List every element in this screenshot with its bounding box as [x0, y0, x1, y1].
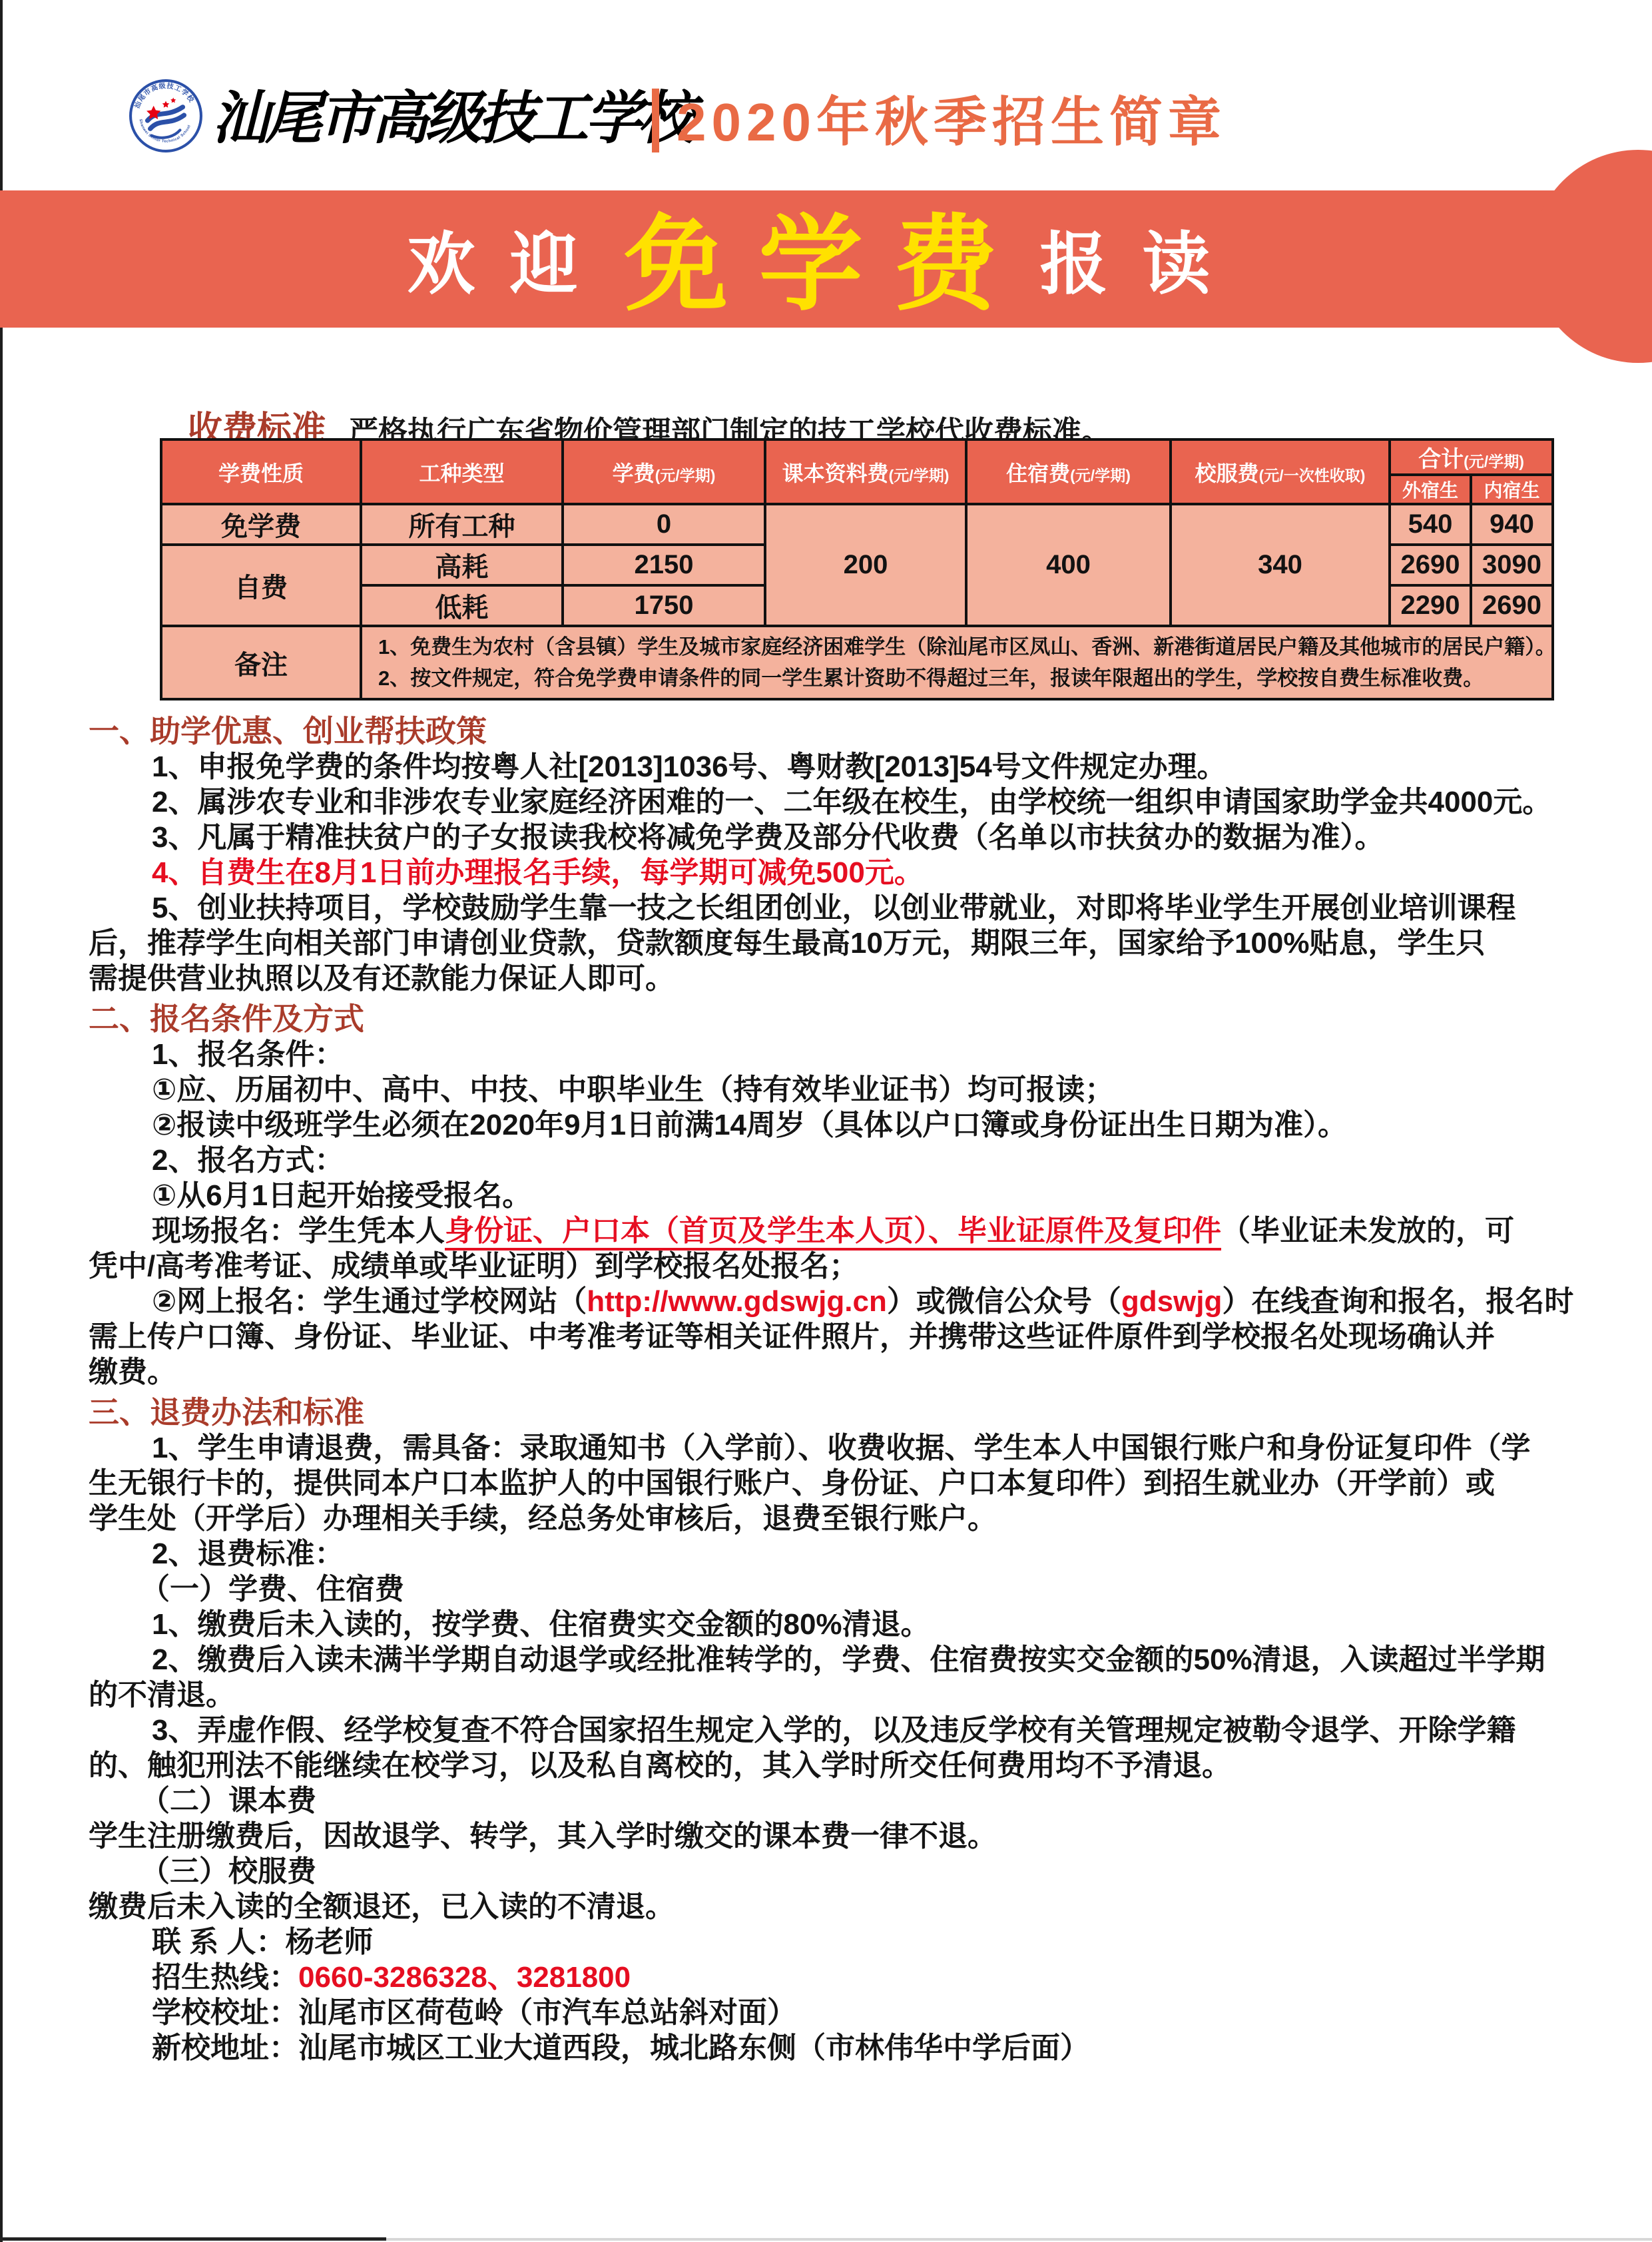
cell-textbook-fee: 200: [765, 504, 966, 626]
text-line: 生无银行卡的，提供同本户口本监护人的中国银行账户、身份证、户口本复印件）到招生就…: [89, 1466, 1620, 1501]
sections: 一、助学优惠、创业帮扶政策1、申报免学费的条件均按粤人社[2013]1036号、…: [89, 693, 1620, 2066]
text-line: 1、缴费后未入读的，按学费、住宿费实交金额的80%清退。: [89, 1607, 1620, 1642]
text-line: 2、报名方式：: [89, 1143, 1620, 1178]
text-segment: 学生处（开学后）办理相关手续，经总务处审核后，退费至银行账户。: [89, 1502, 997, 1535]
text-line: 1、申报免学费的条件均按粤人社[2013]1036号、粤财教[2013]54号文…: [89, 749, 1620, 784]
highlighted-text: gdswjg: [1121, 1285, 1223, 1318]
col-header-total: 合计(元/学期): [1390, 439, 1553, 475]
text-line: 3、凡属于精准扶贫户的子女报读我校将减免学费及部分代收费（名单以市扶贫办的数据为…: [89, 820, 1620, 855]
text-line: 凭中/高考准考证、成绩单或毕业证明）到学校报名处报名；: [89, 1249, 1620, 1284]
banner-welcome-text: 欢迎: [408, 210, 613, 308]
col-header-fee-type: 学费性质: [161, 439, 361, 504]
text-line: 的、触犯刑法不能继续在校学习，以及私自离校的，其入学时所交任何费用均不予清退。: [89, 1748, 1620, 1783]
cell-fee-type: 自费: [161, 545, 361, 626]
text-line: 学校校址：汕尾市区荷苞岭（市汽车总站斜对面）: [89, 1995, 1620, 2030]
page-left-edge: [0, 0, 3, 2242]
text-segment: 2、退费标准：: [152, 1538, 344, 1570]
text-segment: ）或微信公众号（: [887, 1285, 1121, 1318]
text-segment: 缴费。: [89, 1356, 176, 1388]
text-line: 联 系 人：杨老师: [89, 1924, 1620, 1960]
text-segment: 1、缴费后未入读的，按学费、住宿费实交金额的80%清退。: [152, 1608, 930, 1641]
cell-total-in: 3090: [1471, 545, 1553, 585]
cell-total-out: 540: [1390, 504, 1471, 545]
text-segment: （二）课本费: [140, 1785, 316, 1817]
cell-trade: 所有工种: [361, 504, 563, 545]
text-segment: 2、报名方式：: [152, 1144, 344, 1177]
school-logo-icon: 汕尾市高级技工学校 Shanwei Senior Technical Schoo…: [129, 79, 203, 153]
text-line: 学生注册缴费后，因故退学、转学，其入学时缴交的课本费一律不退。: [89, 1819, 1620, 1854]
note-line-2: 2、按文件规定，符合免学费申请条件的同一学生累计资助不得超过三年，报读年限超出的…: [378, 663, 1545, 694]
section-heading: 二、报名条件及方式: [89, 1001, 1620, 1037]
cell-notes-content: 1、免费生为农村（含县镇）学生及城市家庭经济困难学生（除汕尾市区凤山、香洲、新港…: [361, 626, 1553, 699]
text-segment: ）在线查询和报名，报名时: [1222, 1285, 1573, 1318]
text-segment: 3、弄虚作假、经学校复查不符合国家招生规定入学的，以及违反学校有关管理规定被勒令…: [152, 1714, 1515, 1747]
text-line: 2、属涉农专业和非涉农专业家庭经济困难的一、二年级在校生，由学校统一组织申请国家…: [89, 784, 1620, 820]
cell-dorm-fee: 400: [966, 504, 1171, 626]
cell-total-out: 2690: [1390, 545, 1471, 585]
text-segment: 需上传户口簿、身份证、毕业证、中考准考证等相关证件照片，并携带这些证件原件到学校…: [89, 1320, 1495, 1353]
school-name: 汕尾市高级技工学校: [212, 81, 658, 156]
text-line: 新校地址：汕尾市城区工业大道西段，城北路东侧（市林伟华中学后面）: [89, 2030, 1620, 2066]
cell-total-in: 940: [1471, 504, 1553, 545]
section-heading: 三、退费办法和标准: [89, 1395, 1620, 1430]
text-line: ②网上报名：学生通过学校网站（http://www.gdswjg.cn）或微信公…: [89, 1284, 1620, 1319]
text-segment: 1、申报免学费的条件均按粤人社[2013]1036号、粤财教[2013]54号文…: [152, 750, 1227, 783]
cell-total-out: 2290: [1390, 585, 1471, 626]
col-header-trade-type: 工种类型: [361, 439, 563, 504]
text-segment: 新校地址：汕尾市城区工业大道西段，城北路东侧（市林伟华中学后面）: [152, 2032, 1089, 2064]
text-line: 后，推荐学生向相关部门申请创业贷款，贷款额度每生最高10万元，期限三年，国家给予…: [89, 926, 1620, 961]
banner-slogan: 欢迎 免学费 报读: [0, 190, 1652, 328]
text-segment: （毕业证未发放的，可: [1221, 1215, 1514, 1247]
cell-tuition: 2150: [563, 545, 765, 585]
text-segment: （三）校服费: [140, 1855, 316, 1888]
col-header-textbook: 课本资料费(元/学期): [765, 439, 966, 504]
text-line: 的不清退。: [89, 1677, 1620, 1713]
text-line: 缴费。: [89, 1354, 1620, 1390]
text-segment: 2、属涉农专业和非涉农专业家庭经济困难的一、二年级在校生，由学校统一组织申请国家…: [152, 786, 1551, 818]
text-line: （一）学费、住宿费: [89, 1571, 1620, 1607]
fees-table: 学费性质 工种类型 学费(元/学期) 课本资料费(元/学期) 住宿费(元/学期)…: [160, 438, 1554, 701]
text-segment: 现场报名：学生凭本人: [152, 1215, 445, 1247]
brochure-page: 汕尾市高级技工学校 Shanwei Senior Technical Schoo…: [0, 0, 1652, 2242]
text-segment: （一）学费、住宿费: [140, 1573, 404, 1605]
section-heading: 一、助学优惠、创业帮扶政策: [89, 714, 1620, 749]
highlighted-text: http://www.gdswjg.cn: [587, 1285, 887, 1318]
note-line-1: 1、免费生为农村（含县镇）学生及城市家庭经济困难学生（除汕尾市区凤山、香洲、新港…: [378, 631, 1545, 663]
text-segment: 4、自费生在8月1日前办理报名手续，每学期可减免500元。: [152, 856, 924, 889]
text-line: 3、弄虚作假、经学校复查不符合国家招生规定入学的，以及违反学校有关管理规定被勒令…: [89, 1713, 1620, 1748]
text-line: 1、学生申请退费，需具备：录取通知书（入学前）、收费收据、学生本人中国银行账户和…: [89, 1430, 1620, 1466]
cell-uniform-fee: 340: [1171, 504, 1390, 626]
text-segment: ②网上报名：学生通过学校网站（: [152, 1285, 587, 1318]
text-line: 需上传户口簿、身份证、毕业证、中考准考证等相关证件照片，并携带这些证件原件到学校…: [89, 1319, 1620, 1354]
col-header-boarder: 内宿生: [1471, 475, 1553, 504]
banner-enroll-text: 报读: [1040, 210, 1245, 308]
cell-tuition: 0: [563, 504, 765, 545]
text-line: ②报读中级班学生必须在2020年9月1日前满14周岁（具体以户口簿或身份证出生日…: [89, 1107, 1620, 1143]
text-line: 学生处（开学后）办理相关手续，经总务处审核后，退费至银行账户。: [89, 1501, 1620, 1536]
text-line: 招生热线：0660-3286328、3281800: [89, 1960, 1620, 1995]
text-segment: 1、报名条件：: [152, 1038, 344, 1071]
text-line: 现场报名：学生凭本人身份证、户口本（首页及学生本人页）、毕业证原件及复印件（毕业…: [89, 1213, 1620, 1249]
text-segment: 1、学生申请退费，需具备：录取通知书（入学前）、收费收据、学生本人中国银行账户和…: [152, 1432, 1530, 1464]
text-line: ①从6月1日起开始接受报名。: [89, 1178, 1620, 1213]
text-segment: ①从6月1日起开始接受报名。: [152, 1179, 531, 1212]
col-header-tuition: 学费(元/学期): [563, 439, 765, 504]
text-segment: 2、缴费后入读未满半学期自动退学或经批准转学的，学费、住宿费按实交金额的50%清…: [152, 1643, 1545, 1676]
cell-trade: 低耗: [361, 585, 563, 626]
text-line: （二）课本费: [89, 1783, 1620, 1819]
text-line: 2、缴费后入读未满半学期自动退学或经批准转学的，学费、住宿费按实交金额的50%清…: [89, 1642, 1620, 1677]
text-segment: 招生热线：: [152, 1961, 298, 1994]
table-row-notes: 备注 1、免费生为农村（含县镇）学生及城市家庭经济困难学生（除汕尾市区凤山、香洲…: [161, 626, 1553, 699]
text-line: ①应、历届初中、高中、中技、中职毕业生（持有效毕业证书）均可报读；: [89, 1072, 1620, 1107]
text-segment: 学生注册缴费后，因故退学、转学，其入学时缴交的课本费一律不退。: [89, 1820, 997, 1852]
text-segment: 的、触犯刑法不能继续在校学习，以及私自离校的，其入学时所交任何费用均不予清退。: [89, 1749, 1231, 1782]
text-segment: 后，推荐学生向相关部门申请创业贷款，贷款额度每生最高10万元，期限三年，国家给予…: [89, 927, 1485, 960]
cell-tuition: 1750: [563, 585, 765, 626]
text-segment: 的不清退。: [89, 1679, 235, 1711]
text-segment: 凭中/高考准考证、成绩单或毕业证明）到学校报名处报名；: [89, 1250, 858, 1282]
text-line: 4、自费生在8月1日前办理报名手续，每学期可减免500元。: [89, 855, 1620, 890]
text-line: 缴费后未入读的全额退还，已入读的不清退。: [89, 1889, 1620, 1924]
cell-notes-label: 备注: [161, 626, 361, 699]
text-line: （三）校服费: [89, 1854, 1620, 1889]
cell-total-in: 2690: [1471, 585, 1553, 626]
col-header-uniform: 校服费(元/一次性收取): [1171, 439, 1390, 504]
text-line: 5、创业扶持项目，学校鼓励学生靠一技之长组团创业，以创业带就业，对即将毕业学生开…: [89, 890, 1620, 926]
header-divider: [652, 89, 659, 152]
text-line: 2、退费标准：: [89, 1536, 1620, 1571]
page-title: 2020年秋季招生简章: [677, 91, 1227, 154]
highlighted-text: 0660-3286328、3281800: [298, 1961, 631, 1994]
highlighted-text: 身份证、户口本（首页及学生本人页）、毕业证原件及复印件: [445, 1215, 1221, 1251]
text-segment: 3、凡属于精准扶贫户的子女报读我校将减免学费及部分代收费（名单以市扶贫办的数据为…: [152, 821, 1384, 854]
col-header-dorm: 住宿费(元/学期): [966, 439, 1171, 504]
col-header-day-student: 外宿生: [1390, 475, 1471, 504]
cell-trade: 高耗: [361, 545, 563, 585]
text-segment: 需提供营业执照以及有还款能力保证人即可。: [89, 962, 675, 995]
table-row-free: 免学费 所有工种 0 200 400 340 540 940: [161, 504, 1553, 545]
text-segment: 生无银行卡的，提供同本户口本监护人的中国银行账户、身份证、户口本复印件）到招生就…: [89, 1467, 1495, 1500]
banner-free-tuition-text: 免学费: [625, 180, 1028, 330]
text-line: 需提供营业执照以及有还款能力保证人即可。: [89, 961, 1620, 996]
text-segment: 学校校址：汕尾市区荷苞岭（市汽车总站斜对面）: [152, 1996, 796, 2029]
page-bottom-edge-dark: [0, 2237, 386, 2241]
text-segment: 缴费后未入读的全额退还，已入读的不清退。: [89, 1890, 675, 1923]
text-segment: ①应、历届初中、高中、中技、中职毕业生（持有效毕业证书）均可报读；: [152, 1073, 1114, 1106]
text-segment: 联 系 人：杨老师: [152, 1926, 373, 1958]
cell-fee-type: 免学费: [161, 504, 361, 545]
text-segment: ②报读中级班学生必须在2020年9月1日前满14周岁（具体以户口簿或身份证出生日…: [152, 1109, 1347, 1141]
text-segment: 5、创业扶持项目，学校鼓励学生靠一技之长组团创业，以创业带就业，对即将毕业学生开…: [152, 892, 1515, 924]
text-line: 1、报名条件：: [89, 1037, 1620, 1072]
